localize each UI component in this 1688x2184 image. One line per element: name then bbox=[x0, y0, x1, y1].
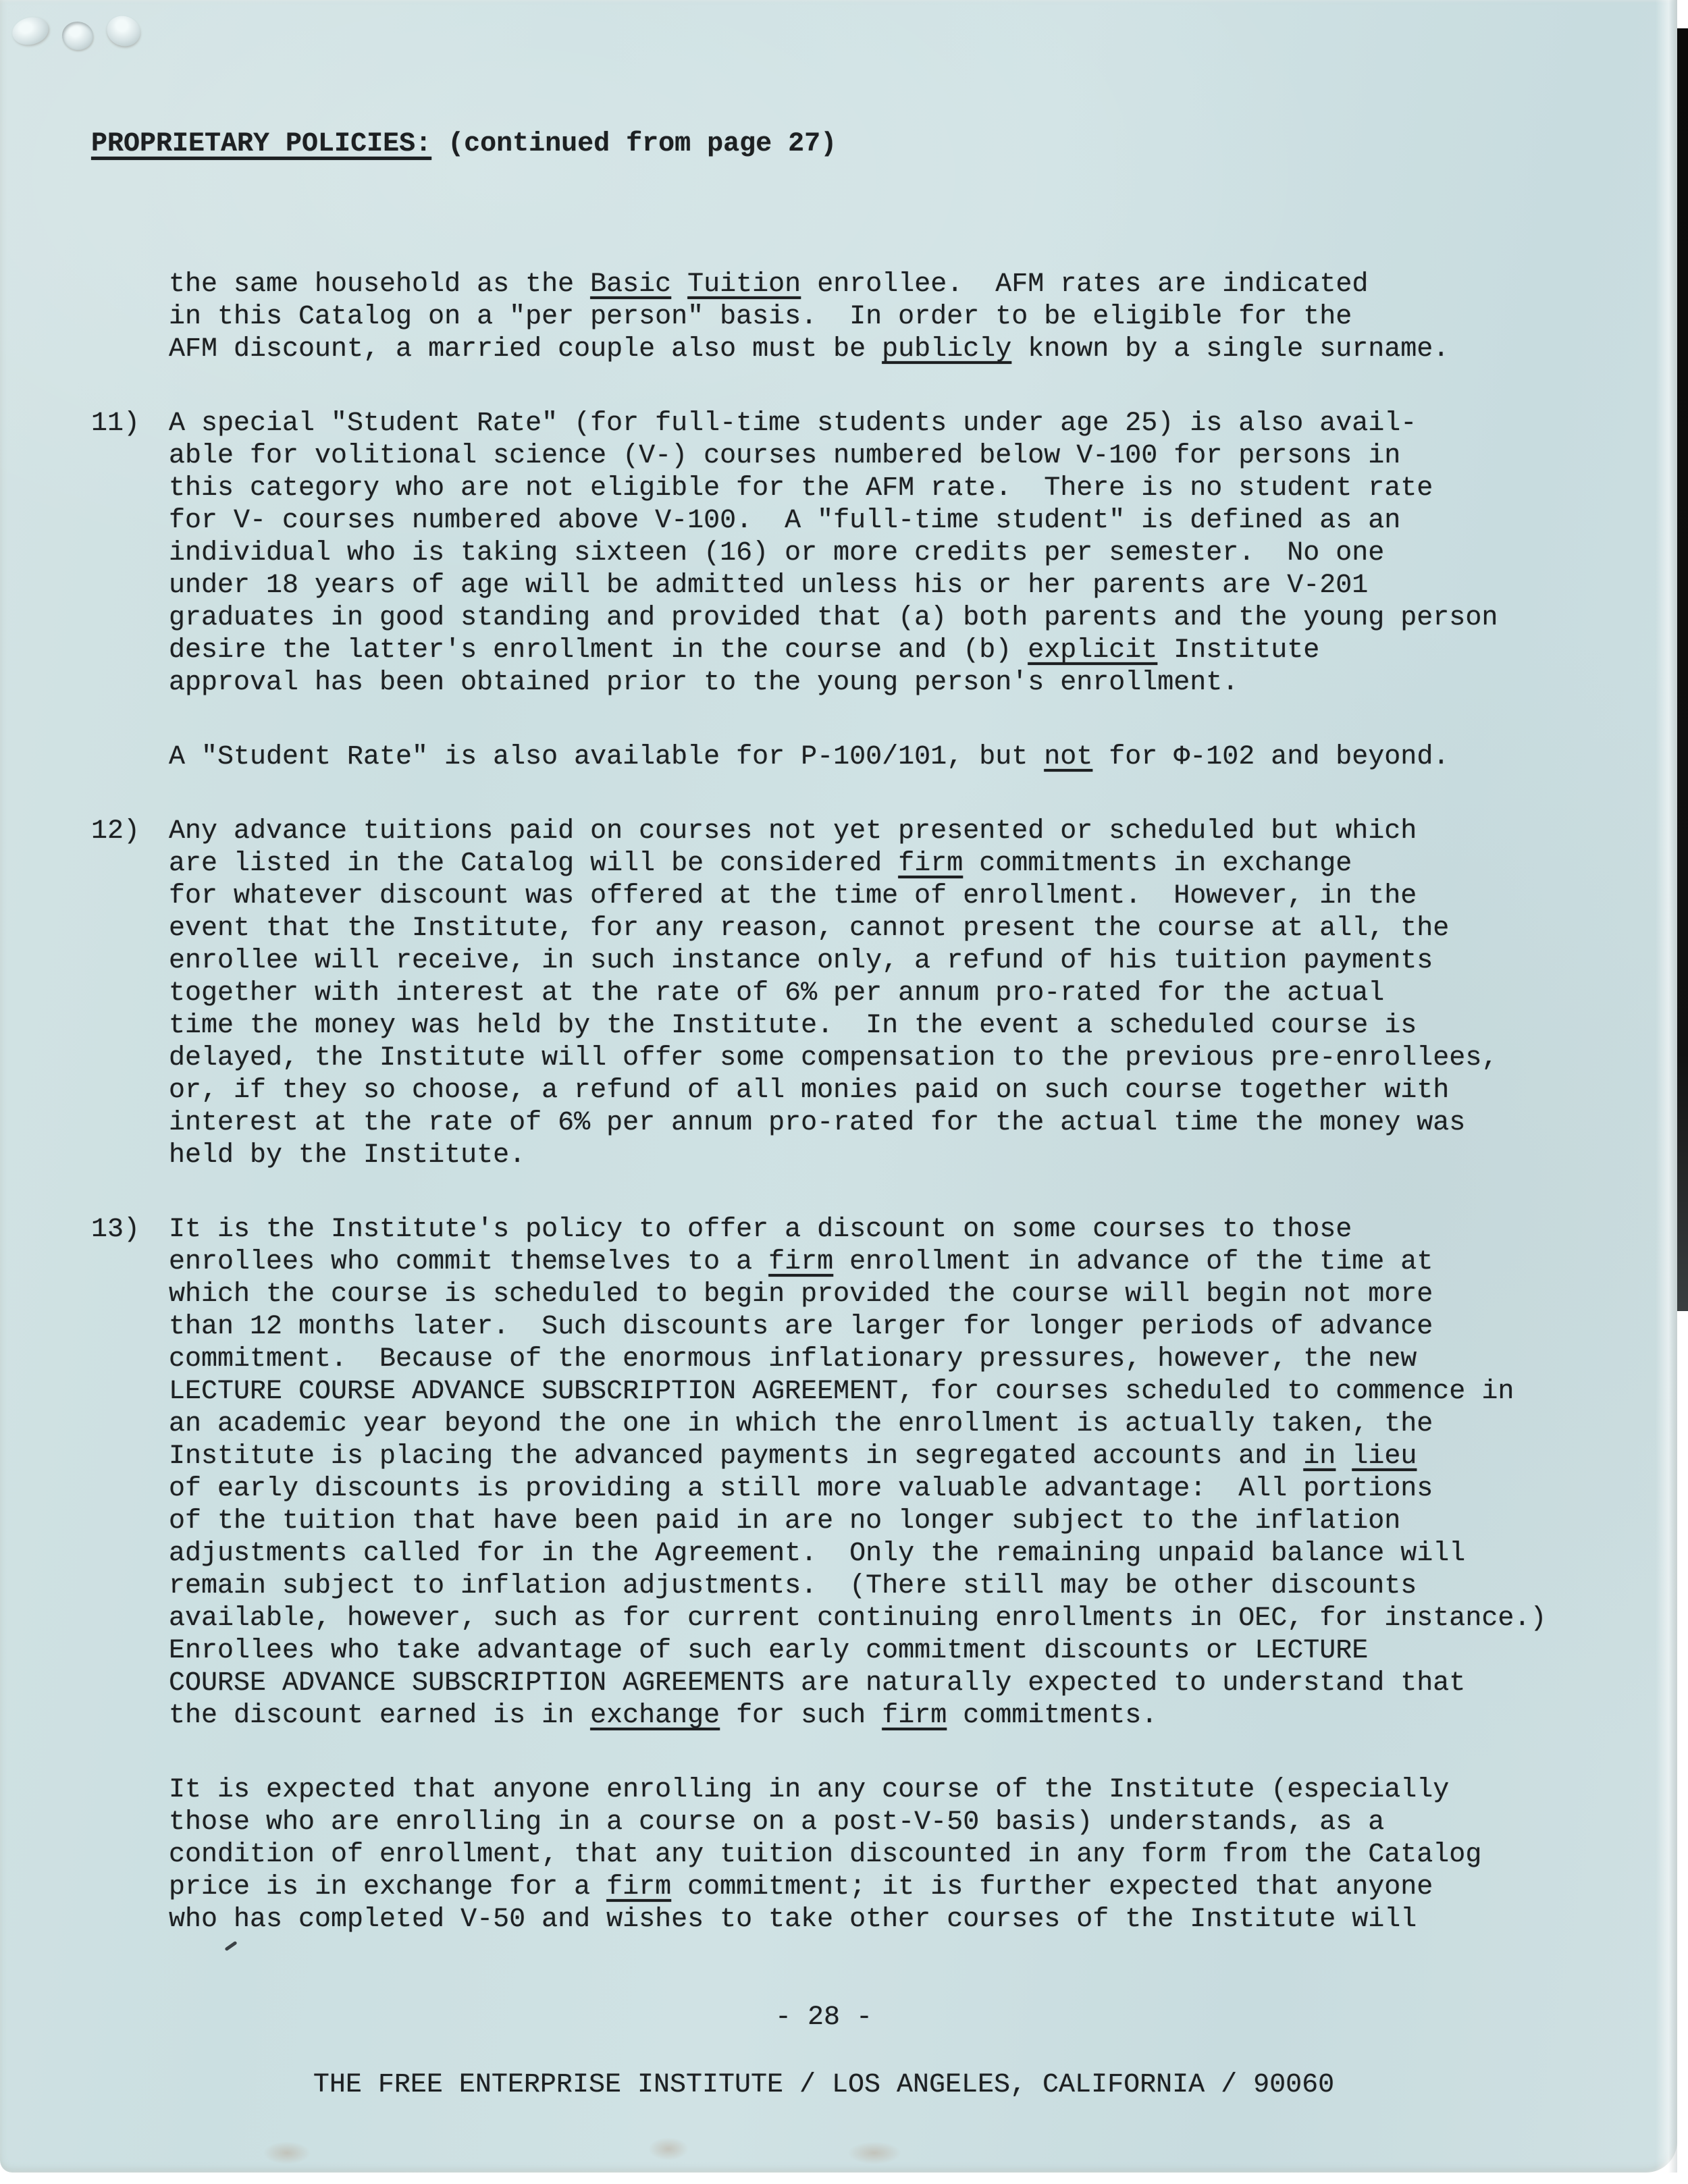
text-line: are listed in the Catalog will be consid… bbox=[169, 848, 1607, 880]
underlined-word: firm bbox=[882, 1701, 947, 1731]
text-line: individual who is taking sixteen (16) or… bbox=[169, 537, 1607, 570]
text-line: of the tuition that have been paid in ar… bbox=[169, 1506, 1607, 1538]
item-number: 12) bbox=[91, 816, 140, 848]
text-line: desire the latter's enrollment in the co… bbox=[169, 635, 1607, 667]
text-line: able for volitional science (V-) courses… bbox=[169, 440, 1607, 473]
paper-smudge bbox=[648, 2137, 689, 2160]
underlined-word: lieu bbox=[1352, 1441, 1417, 1472]
heading-suffix: (continued from page 27) bbox=[431, 129, 837, 159]
item-number: 11) bbox=[91, 408, 140, 440]
text-line: remain subject to inflation adjustments.… bbox=[169, 1570, 1607, 1603]
text-line: under 18 years of age will be admitted u… bbox=[169, 570, 1607, 602]
underlined-word: publicly bbox=[882, 334, 1011, 365]
text-line: It is the Institute's policy to offer a … bbox=[169, 1214, 1607, 1246]
pen-tick-mark bbox=[224, 1941, 237, 1952]
text-line: enrollee will receive, in such instance … bbox=[169, 945, 1607, 978]
text-line: or, if they so choose, a refund of all m… bbox=[169, 1075, 1607, 1107]
text-line: It is expected that anyone enrolling in … bbox=[169, 1774, 1607, 1807]
text-line: adjustments called for in the Agreement.… bbox=[169, 1538, 1607, 1570]
text-line: which the course is scheduled to begin p… bbox=[169, 1279, 1607, 1311]
page-heading: PROPRIETARY POLICIES: (continued from pa… bbox=[91, 128, 1607, 161]
heading-title: PROPRIETARY POLICIES: bbox=[91, 129, 431, 159]
text-line: this category who are not eligible for t… bbox=[169, 473, 1607, 505]
text-line: together with interest at the rate of 6%… bbox=[169, 978, 1607, 1010]
staple-dent bbox=[61, 20, 95, 52]
text-line: who has completed V-50 and wishes to tak… bbox=[169, 1904, 1607, 1936]
policy-item-11: 11)A special "Student Rate" (for full-ti… bbox=[169, 408, 1607, 699]
text-line: interest at the rate of 6% per annum pro… bbox=[169, 1107, 1607, 1140]
text-line: enrollees who commit themselves to a fir… bbox=[169, 1246, 1607, 1279]
text-line: delayed, the Institute will offer some c… bbox=[169, 1042, 1607, 1075]
paragraph: It is expected that anyone enrolling in … bbox=[169, 1774, 1607, 1936]
text-line: of early discounts is providing a still … bbox=[169, 1473, 1607, 1506]
text-line: the same household as the Basic Tuition … bbox=[169, 269, 1607, 301]
text-line: for V- courses numbered above V-100. A "… bbox=[169, 505, 1607, 537]
item-number: 13) bbox=[91, 1214, 140, 1246]
underlined-word: firm bbox=[606, 1872, 671, 1902]
text-line: for whatever discount was offered at the… bbox=[169, 880, 1607, 913]
text-line: A special "Student Rate" (for full-time … bbox=[169, 408, 1607, 440]
document-body: PROPRIETARY POLICIES: (continued from pa… bbox=[169, 128, 1607, 1936]
organization-footer: THE FREE ENTERPRISE INSTITUTE / LOS ANGE… bbox=[0, 2070, 1647, 2100]
text-line: condition of enrollment, that any tuitio… bbox=[169, 1839, 1607, 1871]
underlined-word: firm bbox=[898, 849, 963, 879]
underlined-word: not bbox=[1044, 742, 1092, 772]
paragraph: the same household as the Basic Tuition … bbox=[169, 269, 1607, 366]
staple-dent bbox=[103, 11, 144, 51]
text-line: graduates in good standing and provided … bbox=[169, 602, 1607, 635]
text-line: A "Student Rate" is also available for P… bbox=[169, 741, 1607, 774]
policy-paragraphs: the same household as the Basic Tuition … bbox=[169, 269, 1607, 1936]
text-line: COURSE ADVANCE SUBSCRIPTION AGREEMENTS a… bbox=[169, 1668, 1607, 1700]
text-line: AFM discount, a married couple also must… bbox=[169, 334, 1607, 366]
policy-item-12: 12)Any advance tuitions paid on courses … bbox=[169, 816, 1607, 1172]
paper-smudge bbox=[263, 2141, 311, 2164]
text-line: than 12 months later. Such discounts are… bbox=[169, 1311, 1607, 1343]
text-line: time the money was held by the Institute… bbox=[169, 1010, 1607, 1042]
text-line: approval has been obtained prior to the … bbox=[169, 667, 1607, 699]
typewritten-page: PROPRIETARY POLICIES: (continued from pa… bbox=[0, 0, 1677, 2173]
paper-smudge bbox=[847, 2141, 901, 2164]
text-line: in this Catalog on a "per person" basis.… bbox=[169, 301, 1607, 334]
text-line: held by the Institute. bbox=[169, 1140, 1607, 1172]
text-line: Any advance tuitions paid on courses not… bbox=[169, 816, 1607, 848]
paper-right-edge bbox=[1656, 0, 1677, 2173]
underlined-word: firm bbox=[768, 1247, 833, 1277]
text-line: Enrollees who take advantage of such ear… bbox=[169, 1635, 1607, 1668]
text-line: those who are enrolling in a course on a… bbox=[169, 1807, 1607, 1839]
staple-dent bbox=[9, 14, 51, 49]
policy-item-13: 13)It is the Institute's policy to offer… bbox=[169, 1214, 1607, 1732]
text-line: LECTURE COURSE ADVANCE SUBSCRIPTION AGRE… bbox=[169, 1376, 1607, 1408]
text-line: price is in exchange for a firm commitme… bbox=[169, 1871, 1607, 1904]
text-line: Institute is placing the advanced paymen… bbox=[169, 1441, 1607, 1473]
underlined-word: exchange bbox=[590, 1701, 720, 1731]
underlined-word: explicit bbox=[1028, 635, 1157, 666]
text-line: an academic year beyond the one in which… bbox=[169, 1408, 1607, 1441]
paragraph: A "Student Rate" is also available for P… bbox=[169, 741, 1607, 774]
page-number: - 28 - bbox=[0, 2002, 1647, 2033]
text-line: the discount earned is in exchange for s… bbox=[169, 1700, 1607, 1732]
text-line: event that the Institute, for any reason… bbox=[169, 913, 1607, 945]
underlined-word: Basic bbox=[590, 269, 671, 300]
underlined-word: in bbox=[1303, 1441, 1336, 1472]
text-line: available, however, such as for current … bbox=[169, 1603, 1607, 1635]
text-line: commitment. Because of the enormous infl… bbox=[169, 1343, 1607, 1376]
underlined-word: Tuition bbox=[687, 269, 801, 300]
